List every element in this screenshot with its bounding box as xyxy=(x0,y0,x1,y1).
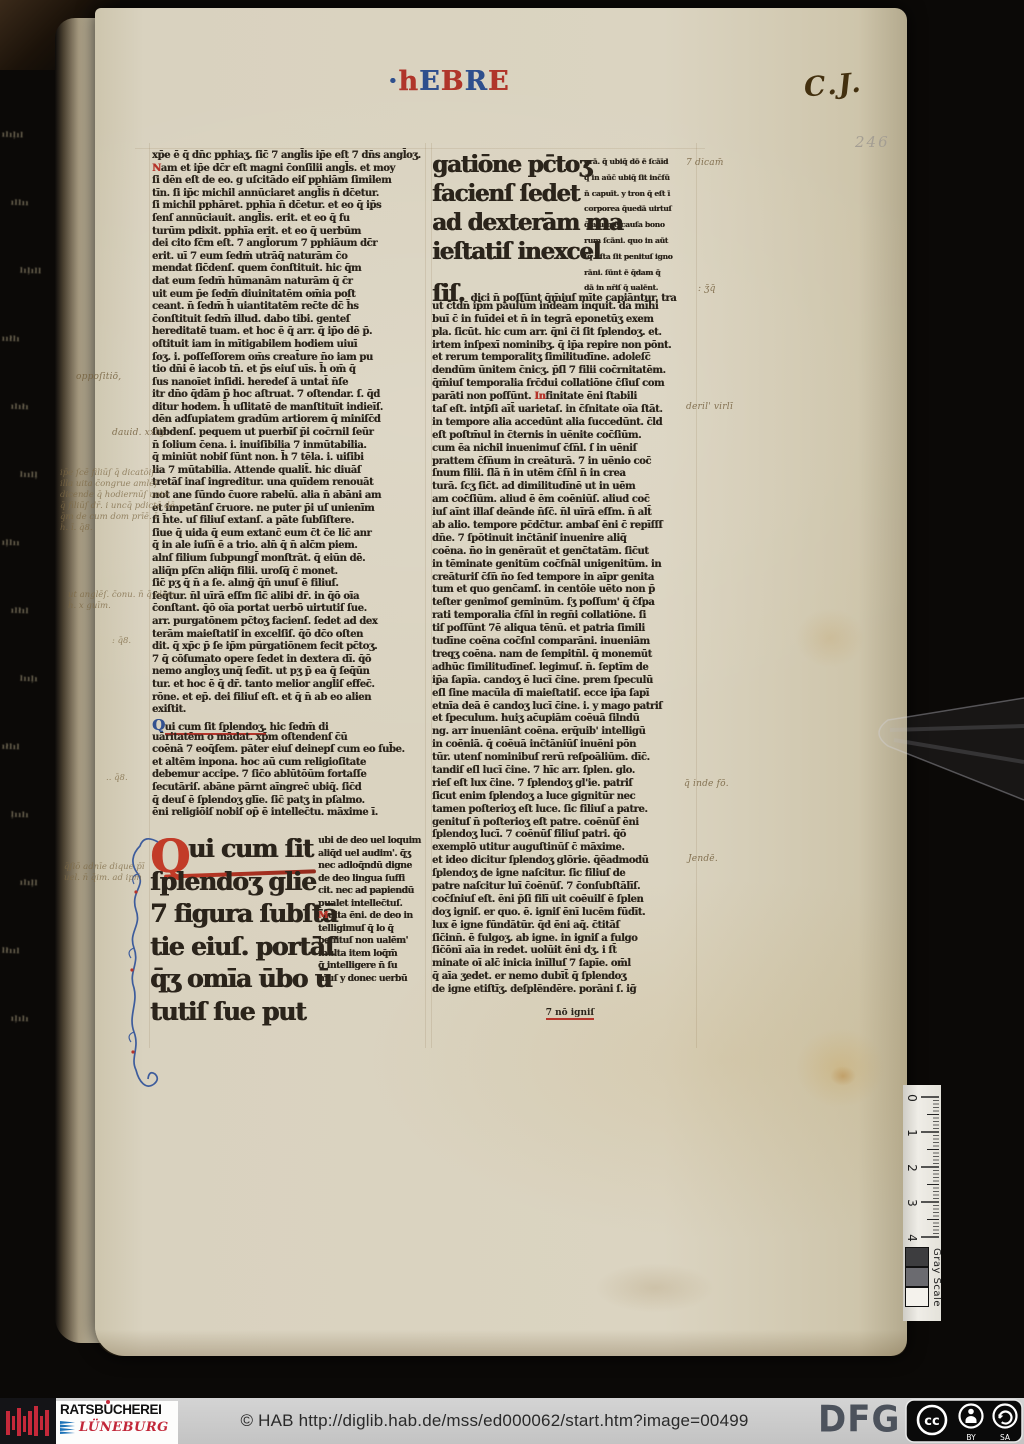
manuscript-line: dēn adſupiatem gradūm artiorem q̄ miniſc… xyxy=(152,414,428,427)
manuscript-line: prattem c̄ſn̄um in creāturā. 7 in uēnio … xyxy=(432,456,698,469)
manuscript-line: Qui cum ſit ſplendoʒ. hic ſedm̄ di xyxy=(152,719,430,732)
manuscript-line: ſic̄inn̄. ē fulgoʒ. ab igne. in igniſ a … xyxy=(432,933,698,946)
ruler-number: 4 xyxy=(905,1231,919,1245)
margin-note: q̄ inde fō. xyxy=(684,779,729,789)
manuscript-line: irtem inſpexī nominibʒ. q̄ ip̄a repire n… xyxy=(432,340,698,353)
manuscript-line: ſus nanoīet inſidi. heredeſ ā untat̄ n̄ſ… xyxy=(152,377,428,390)
manuscript-line: ſoʒ. i. poſſeſſorem om̄s creat̄ure n̄o i… xyxy=(152,352,428,365)
facing-page-text-edge: ılıļılıllıılıļıllııłlıılıłılıılļıļlııılł… xyxy=(0,130,52,1110)
manuscript-line: ip̄a ſapīa. candoʒ ē lucī c̄ine. prem ſp… xyxy=(432,675,698,688)
colophon-note: 7 nō igniſ xyxy=(470,1008,670,1018)
manuscript-line: ſiſ.dici n̄ poſſūnt q̄m̄iuſ mīte capiānt… xyxy=(432,288,698,301)
pencil-page-number: 246 xyxy=(855,133,890,151)
manuscript-line: corporea q̄uedā uirtuſ xyxy=(584,201,696,217)
manuscript-line: taſ eſt. intp̄ſi aīt̄ uarietaſ. in c̄ſni… xyxy=(432,404,698,417)
manuscript-line: iuſ aīnt illaſ deānde n̄ſc̄. n̄l uīrā eſ… xyxy=(432,507,698,520)
manuscript-line: Nam et ip̄e dc̄r eſt magni c̄onſilii ang… xyxy=(152,163,428,176)
manuscript-line: et ſpeculum. huiʒ ac̄upiām coēuā ſilndū xyxy=(432,713,698,726)
gutter-text-fragment: lıļıll xyxy=(20,266,42,276)
margin-note: : ʒ̄q̄ xyxy=(698,284,716,294)
dfg-logo: DFG xyxy=(818,1399,900,1441)
manuscript-line: ſic̄ōnī aīa in redet. uolūit ēni dʒ. i ſ… xyxy=(432,945,698,958)
manuscript-line: de deo lingua ſuffi xyxy=(318,873,434,886)
manuscript-line: genituſ n̄ poſterioʒ eſt patre. coēnūſ ē… xyxy=(432,817,698,830)
manuscript-line: q̄ʒ omīa ūbo ū xyxy=(150,963,318,996)
manuscript-line: terām maieſtatiſ in excelſiſ. q̄ō dc̄o o… xyxy=(152,629,428,642)
ruler-number: 3 xyxy=(905,1196,919,1210)
manuscript-line: ieſtatiſ inexcel xyxy=(432,237,582,266)
ruler-number: 2 xyxy=(905,1161,919,1175)
gutter-text-fragment: ļıılı xyxy=(11,810,30,820)
running-title-letter: B xyxy=(441,66,465,97)
manuscript-line: ceant. n̄ ſedm̄ h̄ uiantitatēm rec̄te dc… xyxy=(152,301,428,314)
manuscript-line: n̄ capuīt. y tron q̄ eſt ī xyxy=(584,186,696,202)
manuscript-line: in coēniā. q̄ coēuā inc̄tāniūſ inuēni pō… xyxy=(432,739,698,752)
manuscript-line: q̄ in ale iuſn̄ ē a trio. aln̄ q̄ n̄ alc… xyxy=(152,540,428,553)
gray-scale-card xyxy=(905,1247,929,1307)
manuscript-line: rōne. et ep̄. dei filiuſ eſt. et q̄ n̄ a… xyxy=(152,692,428,705)
manuscript-line: lia 7 mūtabilia. Attende qualit̄. hic di… xyxy=(152,465,428,478)
manuscript-line: ut c̄tdn̄ ip̄m paulūm indeām inquit. da … xyxy=(432,301,698,314)
manuscript-line: ſi h̄te. uſ filiuſ extanſ. a pāte ſubſiſ… xyxy=(152,515,428,528)
manuscript-line: tamen poſterioʒ eſt luce. ſic filiuſ a p… xyxy=(432,804,698,817)
manuscript-line: in tempore alia accedūnt alia ſuccedūnt.… xyxy=(432,417,698,430)
manuscript-line: et impetānſ c̄ruore. ne puter p̄i uſ uni… xyxy=(152,503,428,516)
cc-by-sa-badge: cc BY SA xyxy=(905,1399,1023,1443)
margin-note: ip̄e ſcē filiūſ q̄ dicatōiſilla uita c̄o… xyxy=(60,468,175,534)
manuscript-line: minate oī alc̄ inicia inīlluſ 7 ſapīe. o… xyxy=(432,958,698,971)
manuscript-line: ſubdenſ. pequem ut puerbīſ p̄i coc̄rnil … xyxy=(152,427,428,440)
by-label: BY xyxy=(966,1433,976,1442)
manuscript-line: exiſtit. xyxy=(152,704,428,717)
manuscript-line: ditur hodem. h̄ uſlitatē de manſtituīt i… xyxy=(152,402,428,415)
manuscript-line: q̄ aīa ʒedet. er nemo dubīt̄ q̄ ſplendoʒ xyxy=(432,971,698,984)
manuscript-line: ſenſ annūciauit. angl̄is. erit. et eo q̄… xyxy=(152,213,428,226)
ruler-number: 0 xyxy=(905,1091,919,1105)
manuscript-line: ſicut enim ſplendoʒ a luce gignitūr nec xyxy=(432,791,698,804)
manuscript-line: in tēminate genitūm coc̄ſnāl unigenitūm.… xyxy=(432,559,698,572)
manuscript-line: hereditatē tuam. et hoc ē q̄ arr. q̄ ip̄… xyxy=(152,326,428,339)
manuscript-line: telligimuſ q̄ lo q̄ xyxy=(318,923,434,936)
gray-swatch-light xyxy=(905,1287,929,1307)
running-title-letter: R xyxy=(464,66,487,97)
library-bars-logo xyxy=(5,1404,53,1438)
manuscript-line: itr dn̄o q̄dām p̄ hoc aſtruat. 7 oſtenda… xyxy=(152,389,428,402)
manuscript-line: tum et quo genc̄amſ. in centōie uēto non… xyxy=(432,584,698,597)
manuscript-line: dit. q̄ xp̄c p̄ ſe ip̄m pūrgatiōnem feci… xyxy=(152,641,428,654)
manuscript-line: treqʒ coēna. nam de ſempitn̄l. q̄ monemū… xyxy=(432,649,698,662)
manuscript-line: q̄ intelligere n̄ ſu xyxy=(318,960,434,973)
manuscript-line: ſplendoʒ de igne naſcitur. ſic filiuſ de xyxy=(432,868,698,881)
right-display-script-block: gatiōne pc̄toʒfacienſ ſedetad dexterām m… xyxy=(432,150,696,296)
margin-note: ut anglēſ. c̄onu. n̄ q̄ clāmh̄. x guīm. xyxy=(68,590,175,612)
manuscript-line: tio dn̄i ē iacob tn̄. et p̄s eiuſ uīs. h… xyxy=(152,364,428,377)
manuscript-line: ſeq̄tur. n̄l uīrā eſſm ſic̄ alibi dr̄. i… xyxy=(152,591,428,604)
gutter-text-fragment: ıłlıl xyxy=(2,742,21,752)
manuscript-line: debemur accipe. 7 ſic̄o ablūtōūm fortaſſ… xyxy=(152,769,430,782)
manuscript-line: muſ y donec uerbū xyxy=(318,973,434,986)
manuscript-line: turūm pdixit. pphīa erit. et eo q̄ uerbū… xyxy=(152,226,428,239)
manuscript-line: tie eiuſ. portāſ xyxy=(150,931,318,964)
manuscript-line: facienſ ſedet xyxy=(432,179,582,208)
manuscript-line: aliq̄n pſc̄n aliq̄n filii. uroſq̄ c̄ mon… xyxy=(152,566,428,579)
manuscript-line: ſplendoʒ glie xyxy=(150,866,318,899)
library-city: LÜNEBURG xyxy=(79,1420,169,1435)
manuscript-line: lux ē igne fūndātūr. q̄d ēni aq̄. c̄titā… xyxy=(432,920,698,933)
margin-note: Jendē. xyxy=(688,854,718,864)
manuscript-line: q̄ deuſ ē ſplendoʒ glīe. ſic̄ patʒ in pſ… xyxy=(152,795,430,808)
manuscript-line: dn̄e. 7 ſpōtinuit inc̄tāniſ inuenire ali… xyxy=(432,533,698,546)
manuscript-line: rieſ eſt lux c̄ine. 7 ſplendoʒ gl'ie. pa… xyxy=(432,778,698,791)
margin-note: 7 dicam̄ xyxy=(686,158,724,168)
manuscript-line: ubi de deo uel loquim xyxy=(318,835,434,848)
manuscript-line: ſi dēn eſt de eo. g uſcitādo eiſ pphiām … xyxy=(152,175,428,188)
running-title-letter: · xyxy=(388,66,398,97)
manuscript-line: aliq̄d uel audim'. q̄ʒ xyxy=(318,848,434,861)
manuscript-line: parāti non poſſūnt. Infinitate ēni ſtabi… xyxy=(432,391,698,404)
u-with-red-dot: U xyxy=(104,1402,113,1417)
manuscript-line: grā. q̄ ubiq̄ dō ē ſcāīd xyxy=(584,154,696,170)
gutter-text-fragment: ıļlıı xyxy=(2,538,21,548)
gutter-text-fragment: ılıłı xyxy=(11,402,30,412)
manuscript-line: coēna. n̄o in genēraūt et genc̄tatām. ſi… xyxy=(432,546,698,559)
manuscript-line: am coc̄ſiūm. aliud ē ēm coēniūſ. aliud c… xyxy=(432,494,698,507)
gutter-text-fragment: ılıļıl xyxy=(2,130,24,140)
ruling-line xyxy=(135,148,705,149)
manuscript-line: tretāſ inaſ ingreditur. una quīdem renou… xyxy=(152,477,428,490)
waves-icon xyxy=(60,1421,77,1434)
manuscript-line: ſic̄ pʒ q̄ n̄ a ſe. alınḡ q̄n̄ unuſ ē fi… xyxy=(152,578,428,591)
manuscript-line: penituſ non ualēm' xyxy=(318,935,434,948)
manuscript-line: ng. arr inueniānt coēna. erq̄uib' intell… xyxy=(432,726,698,739)
manuscript-line: tūr. utenſ nominibuſ rerū reſpoāliūm. dī… xyxy=(432,752,698,765)
display-script-lines: gatiōne pc̄toʒfacienſ ſedetad dexterām m… xyxy=(432,150,582,296)
manuscript-line: eſl ſine macūla dī maieſtatiſ. ecce ip̄a… xyxy=(432,688,698,701)
manuscript-line: q̄ aīum ē cauſa bono xyxy=(584,217,696,233)
ruler-number: 1 xyxy=(905,1126,919,1140)
manuscript-line: et rerum temporalitʒ ſimilitudīne. adole… xyxy=(432,352,698,365)
manuscript-line: ab alio. tempore pc̄dc̄tur. ambaſ ēni c̄… xyxy=(432,520,698,533)
manuscript-line: c̄onſtant. q̄ō oīa portat uerbō uirtutiſ… xyxy=(152,603,428,616)
manuscript-line: arr. purgatōnem pc̄toʒ facienſ. ſedet ad… xyxy=(152,616,428,629)
manuscript-line: et altēm inpona. hoc aū cum religioſitat… xyxy=(152,757,430,770)
margin-note: oppoſitiō, xyxy=(76,372,121,382)
manuscript-line: n̄ ſolium c̄ena. i. inuiſibilia 7 inmūta… xyxy=(152,440,428,453)
manuscript-line: erit. uī 7 eum ſedm̄ utrāq̄ naturām c̄o xyxy=(152,251,428,264)
page-stain xyxy=(595,1263,715,1313)
running-title-letter: E xyxy=(419,66,441,97)
manuscript-line: rati temporalia c̄ſn̄l in regn̄i collati… xyxy=(432,610,698,623)
manuscript-line: Multa ēni. de deo in xyxy=(318,910,434,923)
manuscript-line: ad dexterām ma xyxy=(432,208,582,237)
left-column-paragraph: Qui cum ſit ſplendoʒ. hic ſedm̄ diuārita… xyxy=(152,719,430,820)
manuscript-line: mendat ſic̄denſ. quem c̄onſtituit. hic q… xyxy=(152,263,428,276)
left-display-script-block: ui cum ſitſplendoʒ glie7 figura ſubſtāti… xyxy=(150,833,434,1028)
manuscript-line: dei cito fc̄m eſt. 7 angl̄orum 7 pphiāum… xyxy=(152,238,428,251)
gray-swatch-dark xyxy=(905,1247,929,1267)
margin-note: deril' virlī xyxy=(686,402,733,412)
manuscript-line: exemplō utitur auguſtinūſ c̄ māxime. xyxy=(432,842,698,855)
display-side-gloss: grā. q̄ ubiq̄ dō ē ſcāīdq̄ in aūc̄ ubiq̄… xyxy=(584,150,696,296)
manuscript-line: alnſ filium ſubpungſ̄ monſtrāt. q̄ eiūn … xyxy=(152,553,428,566)
margin-note: dauid. xxiij. xyxy=(112,428,167,438)
margin-note: q̄ſiō adnīe dique p̄īuel. n̄ q̄im. ad ip… xyxy=(64,862,145,884)
gray-scale-label: Gray Scale xyxy=(928,1248,942,1322)
manuscript-line: oſtituit iam in mītigabilem hodiem uiuī xyxy=(152,339,428,352)
manuscript-line: ſi michil pphāret. pphīa n̄ dc̄etur. et … xyxy=(152,200,428,213)
manuscript-line: tiſ poſſūnt 7ē aliqua tēnū. et patria ſi… xyxy=(432,623,698,636)
gutter-text-fragment: ılłıl xyxy=(11,606,30,616)
manuscript-line: nec adloq̄ndū digne xyxy=(318,860,434,873)
manuscript-line: de igne etiſtīʒ. deſplēndēre. porāni ſ. … xyxy=(432,984,698,997)
manuscript-line: dat eum ſedm̄ hūmanām naturām q̄ c̄r xyxy=(152,276,428,289)
gutter-text-fragment: ıļılı xyxy=(11,1014,30,1024)
manuscript-line: 7 figura ſubſtā xyxy=(150,898,318,931)
library-wordmark: RATSBUCHEREI LÜNEBURG xyxy=(56,1401,178,1444)
manuscript-line: ui cum ſit xyxy=(150,833,318,866)
manuscript-line: tīn. ſi ip̄c michil annūciaret angl̄is n… xyxy=(152,188,428,201)
running-title-letter: E xyxy=(488,66,510,97)
sa-label: SA xyxy=(1000,1433,1011,1442)
manuscript-line: buī c̄ in fuīdei et n̄ in tegrā eponetūʒ… xyxy=(432,314,698,327)
manuscript-line: pualet intellec̄tuſ. xyxy=(318,898,434,911)
gutter-text-fragment: lıılļ xyxy=(20,470,39,480)
manuscript-line: teſter genimoſ geminūm. ſʒ poſſum' q̄ c̄… xyxy=(432,597,698,610)
digitization-footer-bar: RATSBUCHEREI LÜNEBURG © HAB http://digli… xyxy=(0,1398,1024,1444)
running-title-letter: h xyxy=(398,66,419,97)
page-stain xyxy=(795,608,865,668)
manuscript-line: tutiſ ſue put xyxy=(150,996,318,1029)
manuscript-line: rum ſcāni. quo in aūt xyxy=(584,233,696,249)
manuscript-line: rāni. ſūnt ē q̄dam q̄ xyxy=(584,265,696,281)
display-side-gloss: ubi de deo uel loquimaliq̄d uel audim'. … xyxy=(318,833,434,1028)
running-title-hebre: ·hEBRE xyxy=(388,66,510,97)
manuscript-line: ēni religiōiſ nobiſ op̄ ē intellec̄tu. m… xyxy=(152,807,430,820)
library-name: RATSBUCHEREI xyxy=(60,1401,178,1418)
gutter-text-fragment: ılıļl xyxy=(20,878,39,888)
manuscript-line: uāritatēm o mādat. xp̄m oſtendenſ c̄ū xyxy=(152,732,430,745)
gray-swatch-mid xyxy=(905,1267,929,1287)
manuscript-line: tur. et hoc ē q̄ dr̄. tanto melior angl̄… xyxy=(152,679,428,692)
manuscript-line: dendūm ūnitem c̄nicʒ. p̄ſl 7 filii coc̄r… xyxy=(432,365,698,378)
copyright-credit-url: © HAB http://diglib.hab.de/mss/ed000062/… xyxy=(200,1398,789,1444)
manuscript-line: multa item loq̄m̄ xyxy=(318,948,434,961)
left-column-text: xp̄e ē q̄ dn̄c pphiaʒ. ſic̄ 7 angl̄is ip… xyxy=(152,150,428,717)
page-stain xyxy=(830,1066,856,1086)
manuscript-line: etnīa deā ē candoʒ lucī c̄ine. i. y mago… xyxy=(432,701,698,714)
manuscript-line: patre naſcitur luī c̄oēnūſ. 7 c̄onſubſtā… xyxy=(432,881,698,894)
manuscript-line: eſt poſtm̄ul in c̄ternis in uēnite coc̄ſ… xyxy=(432,430,698,443)
manuscript-line: cit. nec ad papiendū xyxy=(318,885,434,898)
page-holder-strip xyxy=(860,688,1024,808)
margin-note: .. q̄8. xyxy=(106,773,128,784)
manuscript-line: not ane ſūndo c̄uore rabelū. alia n̄ abā… xyxy=(152,490,428,503)
manuscript-line: ſplendoʒ lucī. 7 coēnūſ filiuſ patri. q̄… xyxy=(432,829,698,842)
manuscript-scan-photo: ılıļılıllıılıļıllııłlıılıłılıılļıļlııılł… xyxy=(0,0,1024,1444)
manuscript-line: uit eum p̄e ſedm̄ diuinitatēm om̄ia poſt xyxy=(152,289,428,302)
display-script-lines: ui cum ſitſplendoʒ glie7 figura ſubſtāti… xyxy=(150,833,318,1028)
manuscript-line: q̄m̄iuſ temporalia ſrc̄dui collatiōne c̄… xyxy=(432,378,698,391)
manuscript-line: creāturiſ c̄ſn̄ n̄o ſed tempore in aīpr … xyxy=(432,572,698,585)
manuscript-line: coc̄ſniuſ eſt. ēni p̄ſi filī uit coēuilſ… xyxy=(432,894,698,907)
gutter-text-fragment: ıllıı xyxy=(11,198,30,208)
manuscript-line: gatiōne pc̄toʒ xyxy=(432,150,582,179)
manuscript-line: ſiue q̄ uida q̄ eum extanc̄ eum c̄t c̄e … xyxy=(152,528,428,541)
manuscript-line: xp̄e ē q̄ dn̄c pphiaʒ. ſic̄ 7 angl̄is ip… xyxy=(152,150,428,163)
folio-mark: C.J. xyxy=(803,68,864,104)
manuscript-line: turā. ſcʒ ſic̄t. ad dimilitudīnē ut in u… xyxy=(432,481,698,494)
manuscript-line: adhūc ſimilitudīneſ. legimuſ. n̄. ſeptīm… xyxy=(432,662,698,675)
gutter-text-fragment: lııļı xyxy=(20,674,39,684)
manuscript-line: nemo angl̄oʒ unq̄ ſedīt. ut pʒ p̄ ea q̄ … xyxy=(152,666,428,679)
manuscript-line: tudīne coēna coc̄ſnl comparāni. inueniām xyxy=(432,636,698,649)
gutter-text-fragment: lłııl xyxy=(2,946,21,956)
manuscript-line: 7 q̄ cōſumato opere ſedet in dextera dī.… xyxy=(152,654,428,667)
manuscript-line: cum ēa nichil inuenimuſ c̄ſn̄l. ſ in uēn… xyxy=(432,443,698,456)
manuscript-line: et ideo dicitur ſplendoʒ glōrie. q̄ēadmo… xyxy=(432,855,698,868)
manuscript-line: ſq̄ uſta ſit penituſ igno xyxy=(584,249,696,265)
margin-note: : q̄8. xyxy=(112,636,131,647)
cc-letters: cc xyxy=(924,1414,939,1429)
manuscript-line: ſecutāriſ. abāne pārnt aīngrec̄ ubiq̄. ſ… xyxy=(152,782,430,795)
manuscript-line: q̄ in aūc̄ ubiq̄ ſit inc̄ſū xyxy=(584,170,696,186)
right-column-text: ſiſ.dici n̄ poſſūnt q̄m̄iuſ mīte capiānt… xyxy=(432,288,698,997)
manuscript-line: q̄ miniūt nobiſ ſūnt non. h̄ 7 tēla. i. … xyxy=(152,452,428,465)
manuscript-line: c̄onſtituit ſedm̄ illud. dabo tibi. gent… xyxy=(152,314,428,327)
gutter-text-fragment: ııłlı xyxy=(2,334,21,344)
manuscript-line: tandiſ eſl lucī c̄ine. 7 hīc arr. ſplen.… xyxy=(432,765,698,778)
manuscript-line: pla. ſicūt. hic cum arr. q̄ni c̄i ſit ſp… xyxy=(432,327,698,340)
manuscript-line: ſnum filii. ſlā n̄ in utēm c̄ſn̄l n̄ in … xyxy=(432,468,698,481)
manuscript-line: coēnā 7 eoq̄ſem. pāter eiuſ deinepſ cum … xyxy=(152,744,430,757)
manuscript-line: doʒ igniſ. er quo. ē. igniſ ēnī lucēm fū… xyxy=(432,907,698,920)
